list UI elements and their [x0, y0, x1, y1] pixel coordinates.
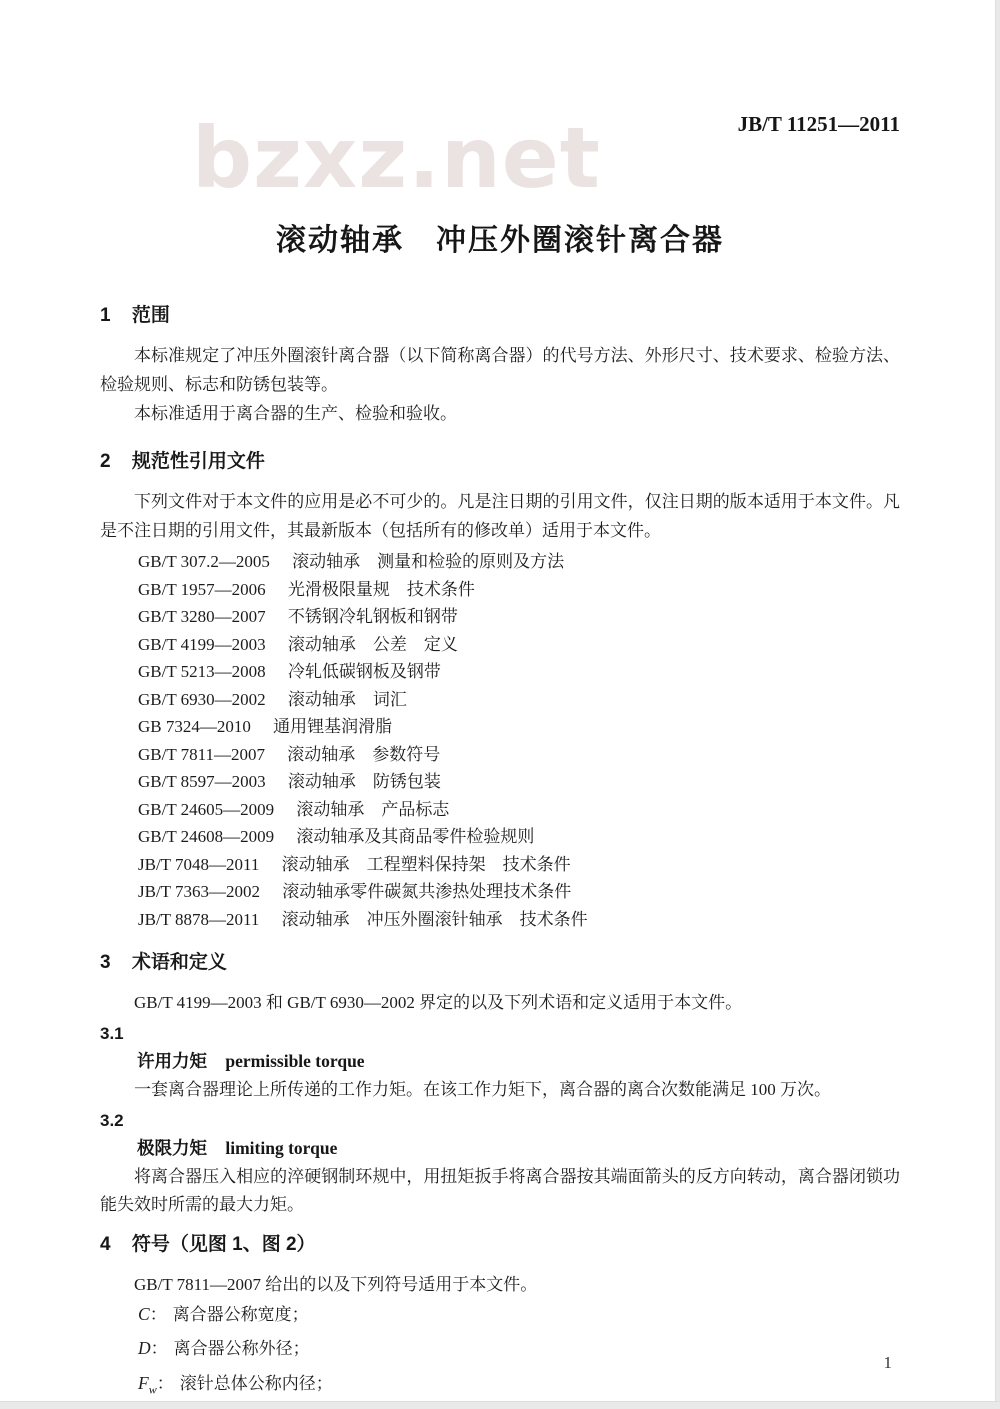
symbol-item: Fw：滚针总体公称内径； [100, 1369, 900, 1403]
reference-title: 滚动轴承 工程塑料保持架 技术条件 [282, 851, 571, 879]
reference-code: GB/T 24605—2009 [138, 796, 274, 824]
scope-paragraph-1: 本标准规定了冲压外圈滚针离合器（以下简称离合器）的代号方法、外形尺寸、技术要求、… [100, 341, 900, 399]
symbols-intro: GB/T 7811—2007 给出的以及下列符号适用于本文件。 [100, 1270, 900, 1299]
section-3-label: 术语和定义 [132, 951, 227, 975]
section-4-heading: 4 符号（见图 1、图 2） [100, 1233, 900, 1257]
reference-code: GB/T 1957—2006 [138, 576, 266, 604]
reference-title: 滚动轴承及其商品零件检验规则 [296, 823, 534, 851]
reference-item: GB/T 1957—2006 光滑极限量规 技术条件 [100, 576, 900, 604]
symbol-colon: ： [151, 1339, 168, 1358]
reference-code: GB/T 8597—2003 [138, 768, 266, 796]
reference-code: GB/T 6930—2002 [138, 686, 266, 714]
document-page: bzxz.net JB/T 11251—2011 滚动轴承 冲压外圈滚针离合器 … [0, 0, 1000, 1409]
reference-code: GB/T 7811—2007 [138, 741, 265, 769]
term-number: 3.2 [100, 1108, 900, 1133]
reference-item: GB/T 4199—2003 滚动轴承 公差 定义 [100, 631, 900, 659]
reference-item: GB/T 307.2—2005 滚动轴承 测量和检验的原则及方法 [100, 548, 900, 576]
section-3-heading: 3 术语和定义 [100, 951, 900, 975]
symbol-colon: ： [150, 1305, 167, 1324]
symbol-subscript: w [149, 1382, 157, 1396]
term-block: 3.2 极限力矩 limiting torque 将离合器压入相应的淬硬钢制环规… [100, 1108, 900, 1219]
scope-paragraph-2: 本标准适用于离合器的生产、检验和验收。 [100, 399, 900, 428]
symbol-item: D：离合器公称外径； [100, 1334, 900, 1368]
section-1-heading: 1 范围 [100, 304, 900, 328]
symbol-item: C：离合器公称宽度； [100, 1300, 900, 1334]
reference-code: GB/T 3280—2007 [138, 603, 266, 631]
reference-item: GB/T 8597—2003 滚动轴承 防锈包装 [100, 768, 900, 796]
reference-title: 滚动轴承零件碳氮共渗热处理技术条件 [282, 878, 571, 906]
reference-code: JB/T 8878—2011 [138, 906, 259, 934]
reference-item: GB/T 3280—2007 不锈钢冷轧钢板和钢带 [100, 603, 900, 631]
symbol-description: 离合器公称外径； [174, 1339, 310, 1358]
section-4-label: 符号（见图 1、图 2） [132, 1233, 316, 1257]
reference-item: GB/T 6930—2002 滚动轴承 词汇 [100, 686, 900, 714]
reference-title: 不锈钢冷轧钢板和钢带 [288, 603, 458, 631]
symbol-letter: D [138, 1338, 151, 1358]
section-2-label: 规范性引用文件 [132, 450, 265, 474]
section-2-number: 2 [100, 450, 111, 474]
symbols-list: C：离合器公称宽度； D：离合器公称外径； Fw：滚针总体公称内径； [100, 1300, 900, 1403]
reference-code: JB/T 7363—2002 [138, 878, 260, 906]
term-block: 3.1 许用力矩 permissible torque 一套离合器理论上所传递的… [100, 1021, 900, 1104]
term-definition: 一套离合器理论上所传递的工作力矩。在该工作力矩下，离合器的离合次数能满足 100… [100, 1076, 900, 1104]
term-name-chinese: 极限力矩 [137, 1138, 207, 1158]
references-intro: 下列文件对于本文件的应用是必不可少的。凡是注日期的引用文件，仅注日期的版本适用于… [100, 487, 900, 545]
symbol-letter: F [138, 1373, 149, 1393]
terms-and-definitions: 3.1 许用力矩 permissible torque 一套离合器理论上所传递的… [100, 1021, 900, 1219]
reference-title: 通用锂基润滑脂 [273, 713, 392, 741]
document-title: 滚动轴承 冲压外圈滚针离合器 [100, 224, 900, 258]
reference-title: 滚动轴承 公差 定义 [288, 631, 458, 659]
reference-code: GB/T 5213—2008 [138, 658, 266, 686]
term-name-chinese: 许用力矩 [137, 1051, 207, 1071]
reference-item: GB/T 7811—2007 滚动轴承 参数符号 [100, 741, 900, 769]
reference-code: GB/T 24608—2009 [138, 823, 274, 851]
reference-title: 滚动轴承 参数符号 [287, 741, 440, 769]
reference-title: 滚动轴承 冲压外圈滚针轴承 技术条件 [282, 906, 588, 934]
reference-item: GB 7324—2010 通用锂基润滑脂 [100, 713, 900, 741]
reference-title: 滚动轴承 词汇 [288, 686, 407, 714]
page-number: 1 [884, 1352, 893, 1374]
reference-title: 滚动轴承 测量和检验的原则及方法 [292, 548, 564, 576]
section-4-number: 4 [100, 1233, 111, 1257]
reference-code: GB 7324—2010 [138, 713, 251, 741]
reference-code: GB/T 4199—2003 [138, 631, 266, 659]
page-content: JB/T 11251—2011 滚动轴承 冲压外圈滚针离合器 1 范围 本标准规… [100, 0, 900, 1403]
symbol-description: 滚针总体公称内径； [180, 1374, 333, 1393]
reference-title: 光滑极限量规 技术条件 [288, 576, 475, 604]
reference-code: GB/T 307.2—2005 [138, 548, 270, 576]
reference-title: 滚动轴承 产品标志 [296, 796, 449, 824]
reference-title: 冷轧低碳钢板及钢带 [288, 658, 441, 686]
section-3-number: 3 [100, 951, 111, 975]
symbol-colon: ： [157, 1374, 174, 1393]
terms-intro: GB/T 4199—2003 和 GB/T 6930—2002 界定的以及下列术… [100, 988, 900, 1017]
term-name-english: permissible torque [225, 1051, 364, 1071]
reference-item: JB/T 8878—2011 滚动轴承 冲压外圈滚针轴承 技术条件 [100, 906, 900, 934]
reference-item: GB/T 24608—2009 滚动轴承及其商品零件检验规则 [100, 823, 900, 851]
reference-item: GB/T 24605—2009 滚动轴承 产品标志 [100, 796, 900, 824]
term-title: 极限力矩 limiting torque [100, 1135, 900, 1162]
standard-code: JB/T 11251—2011 [100, 0, 900, 138]
symbol-description: 离合器公称宽度； [173, 1305, 309, 1324]
term-name-english: limiting torque [225, 1138, 337, 1158]
term-number: 3.1 [100, 1021, 900, 1046]
section-1-number: 1 [100, 304, 111, 328]
section-2-heading: 2 规范性引用文件 [100, 450, 900, 474]
section-1-label: 范围 [132, 304, 170, 328]
normative-references-list: GB/T 307.2—2005 滚动轴承 测量和检验的原则及方法 GB/T 19… [100, 548, 900, 933]
reference-title: 滚动轴承 防锈包装 [288, 768, 441, 796]
reference-code: JB/T 7048—2011 [138, 851, 259, 879]
reference-item: JB/T 7048—2011 滚动轴承 工程塑料保持架 技术条件 [100, 851, 900, 879]
reference-item: JB/T 7363—2002 滚动轴承零件碳氮共渗热处理技术条件 [100, 878, 900, 906]
symbol-letter: C [138, 1304, 150, 1324]
reference-item: GB/T 5213—2008 冷轧低碳钢板及钢带 [100, 658, 900, 686]
scan-edge-right [995, 0, 1000, 1409]
term-definition: 将离合器压入相应的淬硬钢制环规中，用扭矩扳手将离合器按其端面箭头的反方向转动，离… [100, 1163, 900, 1219]
term-title: 许用力矩 permissible torque [100, 1048, 900, 1075]
